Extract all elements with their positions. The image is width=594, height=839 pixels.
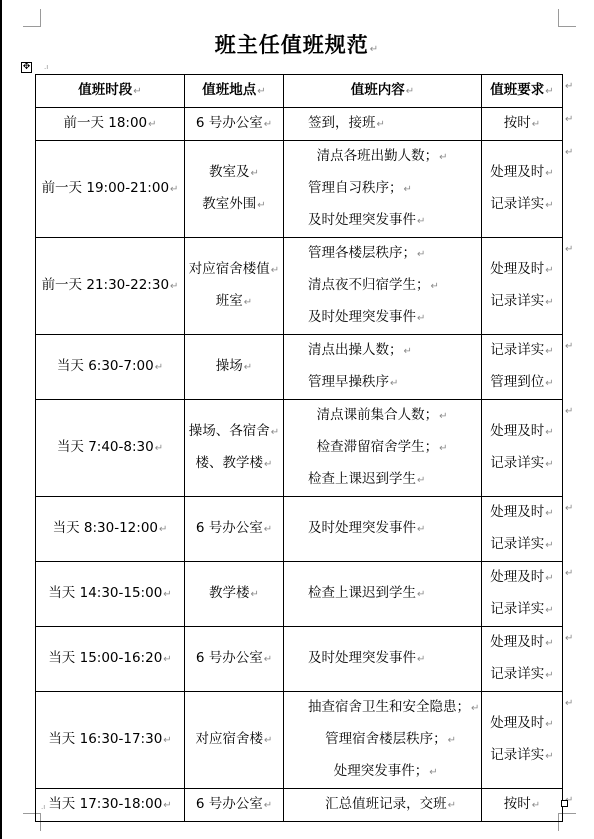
cell-requirement[interactable]: 按时↵ <box>482 789 563 822</box>
cell-location[interactable]: 操场↵ <box>185 335 284 400</box>
cell-location-line: 班室↵ <box>185 286 283 318</box>
cell-content[interactable]: 抽查宿舍卫生和安全隐患；↵ 管理宿舍楼层秩序；↵ 处理突发事件；↵ <box>284 692 482 789</box>
cell-time[interactable]: 当天 16:30-17:30↵ <box>36 692 185 789</box>
cell-content-line: 清点课前集合人数；↵ <box>308 400 481 432</box>
cell-requirement-line: 记录详实↵ <box>482 286 562 318</box>
cell-requirement-line: 处理及时↵ <box>482 416 562 448</box>
cell-requirement-line: 处理及时↵ <box>482 497 562 529</box>
cell-content-line: 及时处理突发事件↵ <box>308 205 481 237</box>
cell-location-line: 教室及↵ <box>185 157 283 189</box>
cell-content[interactable]: 及时处理突发事件↵ <box>284 627 482 692</box>
end-paragraph-mark-icon: .ı <box>41 803 45 811</box>
cell-content-line: 检查滞留宿舍学生；↵ <box>308 432 481 464</box>
cell-requirement[interactable]: 处理及时↵记录详实↵ <box>482 627 563 692</box>
cell-location[interactable]: 6 号办公室↵ <box>185 108 284 141</box>
cell-content[interactable]: 及时处理突发事件↵ <box>284 497 482 562</box>
cell-time[interactable]: 当天 14:30-15:00↵ <box>36 562 185 627</box>
cell-content[interactable]: 签到，接班↵ <box>284 108 482 141</box>
cell-requirement-line: 处理及时↵ <box>482 627 562 659</box>
cell-requirement[interactable]: 按时↵ <box>482 108 563 141</box>
row-end-mark-icon: ↵ <box>565 114 573 125</box>
table-row: 前一天 21:30-22:30↵对应宿舍楼值↵班室↵管理各楼层秩序；↵清点夜不归… <box>36 238 563 335</box>
cell-time[interactable]: 当天 8:30-12:00↵ <box>36 497 185 562</box>
cell-location[interactable]: 6 号办公室↵ <box>185 627 284 692</box>
cell-location[interactable]: 对应宿舍楼↵ <box>185 692 284 789</box>
window-left-edge <box>0 0 2 839</box>
cell-requirement-line: 管理到位↵ <box>482 367 562 399</box>
paragraph-anchor-icon: .ı <box>44 63 48 71</box>
cell-content-line: 清点夜不归宿学生；↵ <box>308 270 481 302</box>
table-row: 前一天 19:00-21:00↵教室及↵教室外围↵ 清点各班出勤人数；↵管理自习… <box>36 141 563 238</box>
cell-location[interactable]: 教室及↵教室外围↵ <box>185 141 284 238</box>
cell-content[interactable]: 汇总值班记录，交班↵ <box>284 789 482 822</box>
row-end-mark-icon: ↵ <box>565 698 573 709</box>
cell-requirement-line: 记录详实↵ <box>482 189 562 221</box>
cell-location-line: 对应宿舍楼↵ <box>185 724 283 756</box>
cell-location-line: 教室外围↵ <box>185 189 283 221</box>
cell-content-line: 检查上课迟到学生↵ <box>308 578 481 610</box>
cell-location[interactable]: 6 号办公室↵ <box>185 497 284 562</box>
document-title-text: 班主任值班规范 <box>215 33 369 57</box>
cell-requirement[interactable]: 处理及时↵记录详实↵ <box>482 497 563 562</box>
cell-requirement[interactable]: 记录详实↵管理到位↵ <box>482 335 563 400</box>
cell-content-line: 管理各楼层秩序；↵ <box>308 238 481 270</box>
cell-requirement[interactable]: 处理及时↵记录详实↵ <box>482 238 563 335</box>
cell-requirement[interactable]: 处理及时↵记录详实↵ <box>482 400 563 497</box>
cell-content-line: 及时处理突发事件↵ <box>308 513 481 545</box>
cell-requirement-line: 按时↵ <box>482 108 562 140</box>
cell-requirement-line: 记录详实↵ <box>482 335 562 367</box>
table-row: 当天 6:30-7:00↵操场↵清点出操人数；↵管理早操秩序↵记录详实↵管理到位… <box>36 335 563 400</box>
cell-location-line: 6 号办公室↵ <box>185 789 283 821</box>
row-end-mark-icon: ↵ <box>565 406 573 417</box>
cell-location-line: 6 号办公室↵ <box>185 643 283 675</box>
crop-mark-top-left <box>23 9 41 27</box>
cell-location-line: 楼、教学楼↵ <box>185 448 283 480</box>
cell-location-line: 6 号办公室↵ <box>185 108 283 140</box>
cell-requirement-line: 处理及时↵ <box>482 708 562 740</box>
table-row: 当天 14:30-15:00↵教学楼↵检查上课迟到学生↵处理及时↵记录详实↵ <box>36 562 563 627</box>
cell-time[interactable]: 当天 7:40-8:30↵ <box>36 400 185 497</box>
table-move-handle-icon[interactable]: ✥ <box>21 62 32 73</box>
cell-requirement[interactable]: 处理及时↵记录详实↵ <box>482 562 563 627</box>
cell-requirement[interactable]: 处理及时↵记录详实↵ <box>482 692 563 789</box>
cell-content-line: 及时处理突发事件↵ <box>308 302 481 334</box>
cell-location[interactable]: 对应宿舍楼值↵班室↵ <box>185 238 284 335</box>
cell-content-line: 检查上课迟到学生↵ <box>308 464 481 496</box>
cell-location-line: 6 号办公室↵ <box>185 513 283 545</box>
row-end-mark-icon: ↵ <box>565 503 573 514</box>
cell-requirement-line: 记录详实↵ <box>482 529 562 561</box>
cell-requirement-line: 处理及时↵ <box>482 562 562 594</box>
crop-mark-top-right <box>558 9 576 27</box>
table-row: 当天 17:30-18:00↵6 号办公室↵ 汇总值班记录，交班↵按时↵ <box>36 789 563 822</box>
table-resize-handle[interactable] <box>561 800 568 807</box>
cell-requirement-line: 记录详实↵ <box>482 594 562 626</box>
row-end-mark-icon: ↵ <box>565 341 573 352</box>
document-title: 班主任值班规范↵ <box>0 31 594 64</box>
cell-location-line: 对应宿舍楼值↵ <box>185 254 283 286</box>
cell-requirement[interactable]: 处理及时↵记录详实↵ <box>482 141 563 238</box>
cell-content-line: 管理自习秩序；↵ <box>308 173 481 205</box>
paragraph-mark-icon: ↵ <box>370 44 379 55</box>
cell-content-line: 管理早操秩序↵ <box>308 367 481 399</box>
cell-requirement-line: 按时↵ <box>482 789 562 821</box>
cell-content[interactable]: 管理各楼层秩序；↵清点夜不归宿学生；↵及时处理突发事件↵ <box>284 238 482 335</box>
row-end-mark-icon: ↵ <box>565 147 573 158</box>
table-row: 当天 15:00-16:20↵6 号办公室↵及时处理突发事件↵处理及时↵记录详实… <box>36 627 563 692</box>
table-row: 前一天 18:00↵6 号办公室↵签到，接班↵按时↵ <box>36 108 563 141</box>
cell-time[interactable]: 当天 17:30-18:00↵ <box>36 789 185 822</box>
cell-time[interactable]: 前一天 21:30-22:30↵ <box>36 238 185 335</box>
cell-time[interactable]: 前一天 19:00-21:00↵ <box>36 141 185 238</box>
duty-schedule-table: 值班时段↵ 值班地点↵ 值班内容↵ 值班要求↵ 前一天 18:00↵6 号办公室… <box>35 74 563 822</box>
cell-content-line: 签到，接班↵ <box>308 108 481 140</box>
cell-location[interactable]: 6 号办公室↵ <box>185 789 284 822</box>
cell-location-line: 教学楼↵ <box>185 578 283 610</box>
header-time[interactable]: 值班时段↵ <box>36 75 185 108</box>
cell-requirement-line: 记录详实↵ <box>482 448 562 480</box>
cell-content[interactable]: 清点各班出勤人数；↵管理自习秩序；↵及时处理突发事件↵ <box>284 141 482 238</box>
table-row: 当天 8:30-12:00↵6 号办公室↵及时处理突发事件↵处理及时↵记录详实↵ <box>36 497 563 562</box>
header-content[interactable]: 值班内容↵ <box>284 75 482 108</box>
cell-time[interactable]: 前一天 18:00↵ <box>36 108 185 141</box>
row-end-mark-icon: ↵ <box>565 568 573 579</box>
cell-requirement-line: 记录详实↵ <box>482 659 562 691</box>
cell-content-line: 及时处理突发事件↵ <box>308 643 481 675</box>
cell-time[interactable]: 当天 15:00-16:20↵ <box>36 627 185 692</box>
cell-content[interactable]: 检查上课迟到学生↵ <box>284 562 482 627</box>
cell-requirement-line: 记录详实↵ <box>482 740 562 772</box>
table-header-row: 值班时段↵ 值班地点↵ 值班内容↵ 值班要求↵ <box>36 75 563 108</box>
cell-content-line: 清点各班出勤人数；↵ <box>308 141 481 173</box>
cell-location-line: 操场↵ <box>185 351 283 383</box>
table-row: 当天 7:40-8:30↵操场、各宿舍↵楼、教学楼↵ 清点课前集合人数；↵ 检查… <box>36 400 563 497</box>
cell-requirement-line: 处理及时↵ <box>482 157 562 189</box>
cell-location[interactable]: 教学楼↵ <box>185 562 284 627</box>
cell-requirement-line: 处理及时↵ <box>482 254 562 286</box>
header-location[interactable]: 值班地点↵ <box>185 75 284 108</box>
cell-content-line: 清点出操人数；↵ <box>308 335 481 367</box>
table-row: 当天 16:30-17:30↵对应宿舍楼↵抽查宿舍卫生和安全隐患；↵ 管理宿舍楼… <box>36 692 563 789</box>
cell-content[interactable]: 清点课前集合人数；↵ 检查滞留宿舍学生；↵检查上课迟到学生↵ <box>284 400 482 497</box>
cell-location-line: 操场、各宿舍↵ <box>185 416 283 448</box>
cell-content[interactable]: 清点出操人数；↵管理早操秩序↵ <box>284 335 482 400</box>
cell-content-line: 汇总值班记录，交班↵ <box>308 789 481 821</box>
cell-content-line: 抽查宿舍卫生和安全隐患；↵ <box>308 692 481 724</box>
cell-content-line: 处理突发事件；↵ <box>308 756 481 788</box>
cell-time[interactable]: 当天 6:30-7:00↵ <box>36 335 185 400</box>
row-end-mark-icon: ↵ <box>565 81 573 92</box>
cell-content-line: 管理宿舍楼层秩序；↵ <box>308 724 481 756</box>
row-end-mark-icon: ↵ <box>565 244 573 255</box>
cell-location[interactable]: 操场、各宿舍↵楼、教学楼↵ <box>185 400 284 497</box>
row-end-mark-icon: ↵ <box>565 633 573 644</box>
header-requirement[interactable]: 值班要求↵ <box>482 75 563 108</box>
